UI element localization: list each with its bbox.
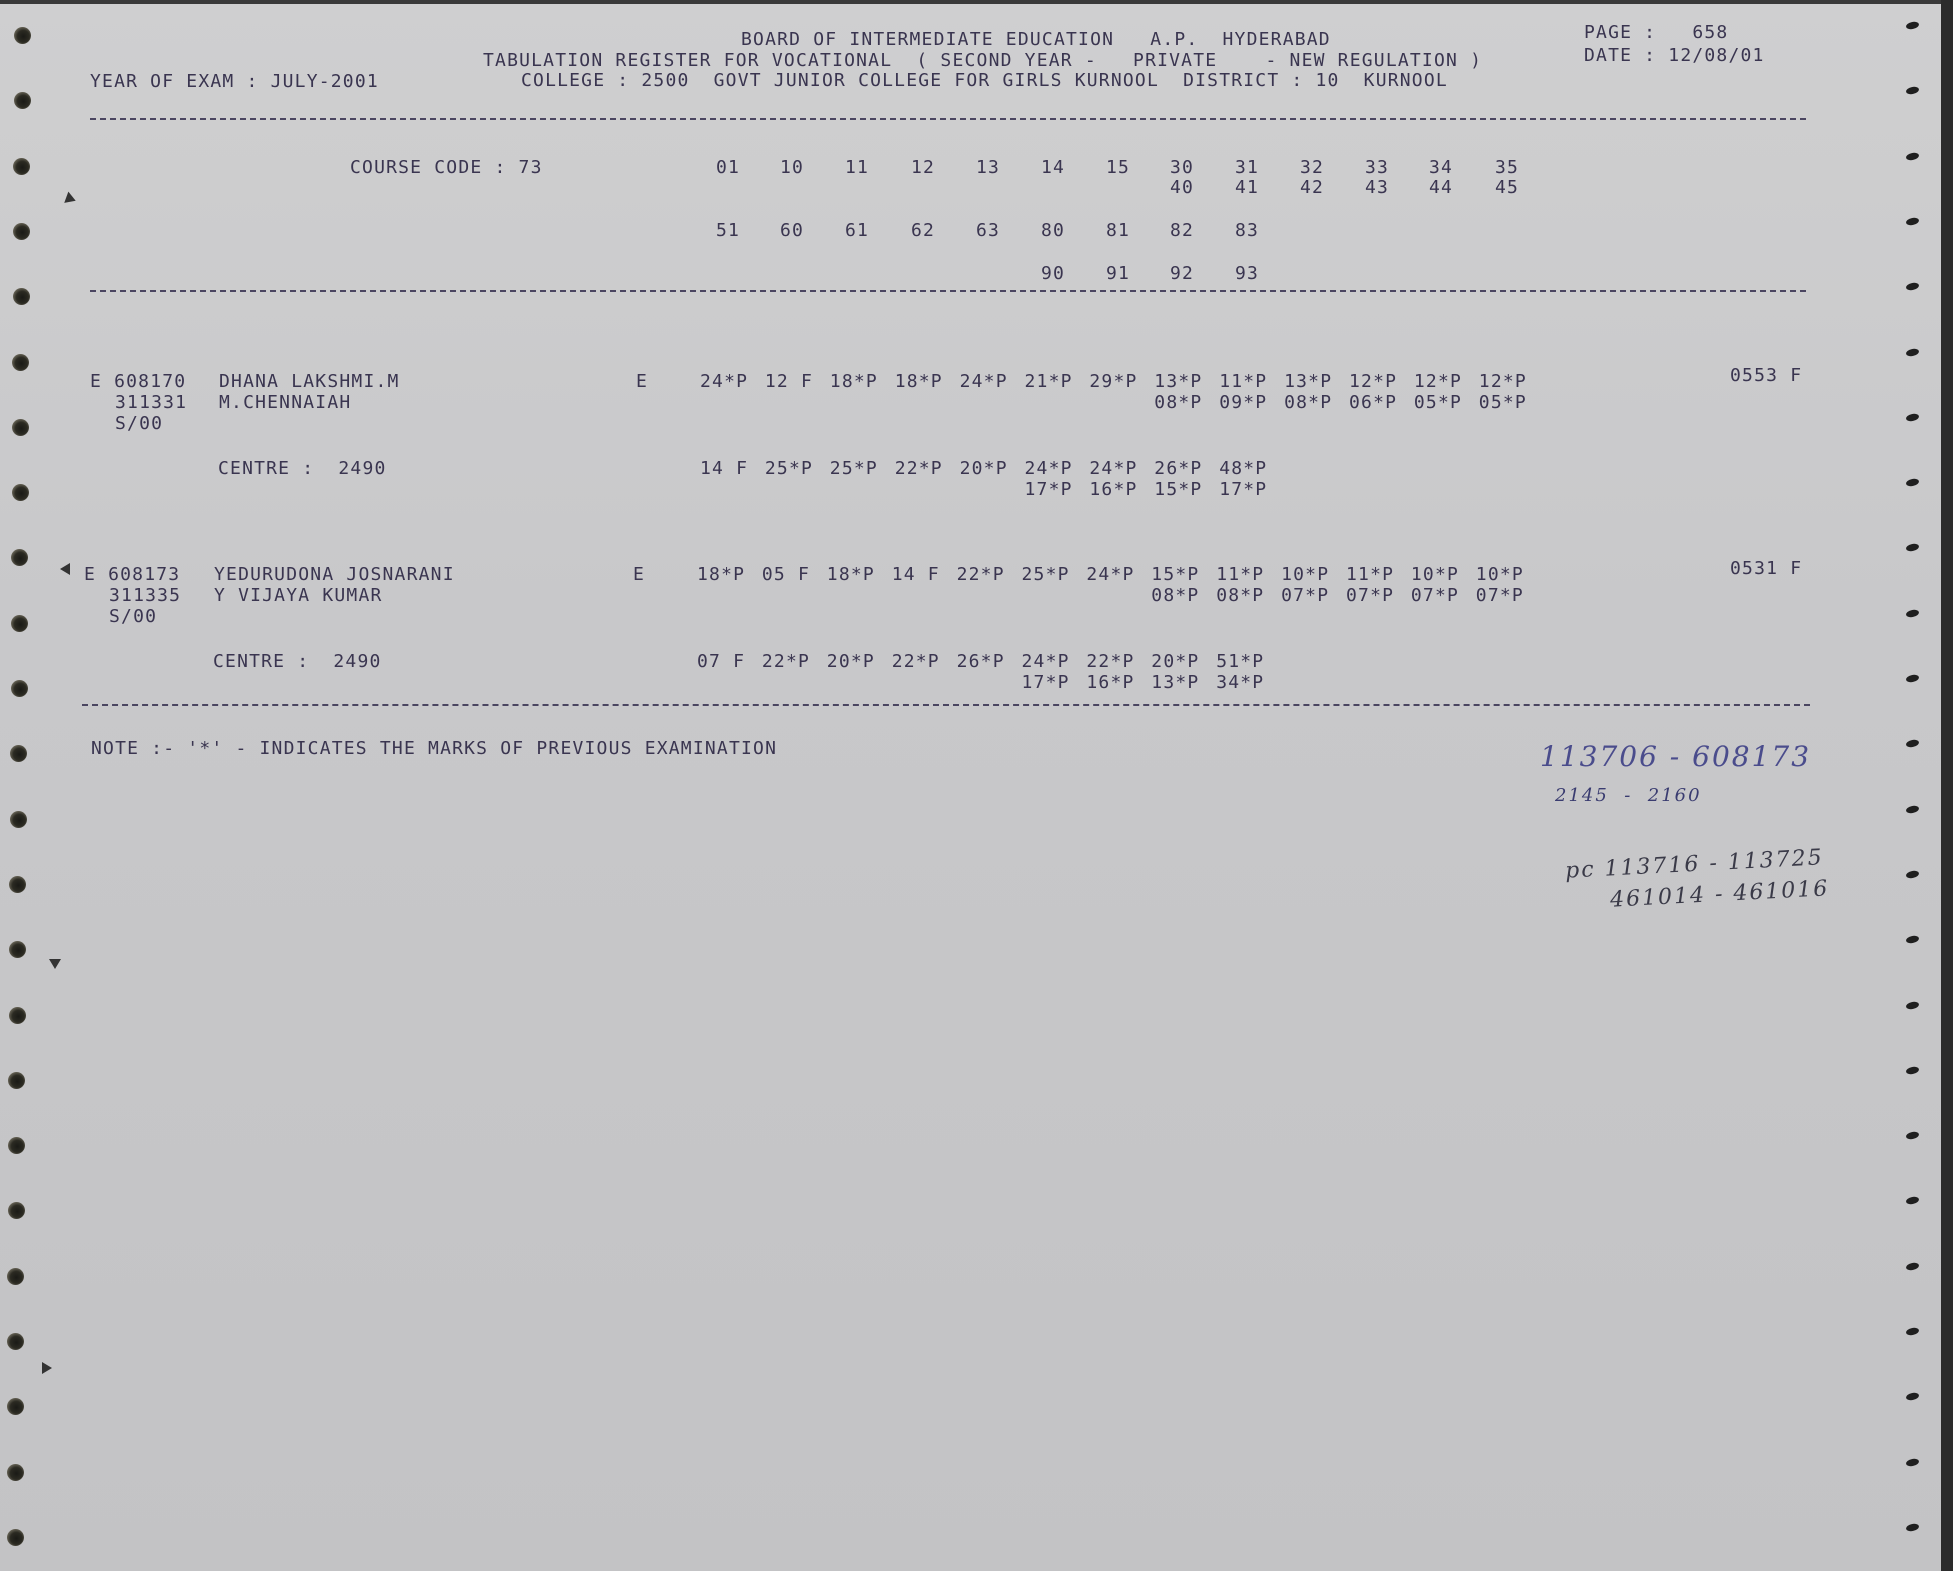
mark-cell: 22*P	[895, 459, 943, 479]
sprocket-hole-icon	[1905, 543, 1919, 553]
handwritten-range-4: 461014 - 461016	[1609, 876, 1829, 912]
student-name: DHANA LAKSHMI.M	[219, 372, 400, 392]
sprocket-hole-icon	[13, 288, 30, 305]
total-result: 0553 F	[1730, 366, 1802, 386]
mark-cell: 05*P	[1414, 393, 1462, 413]
sprocket-hole-icon	[11, 615, 28, 632]
mark-cell: 48*P	[1219, 459, 1267, 479]
divider	[82, 704, 1810, 706]
sprocket-hole-icon	[1905, 1000, 1919, 1010]
sprocket-hole-icon	[13, 223, 30, 240]
mark-cell: 22*P	[957, 565, 1005, 585]
mark-cell: 09*P	[1219, 393, 1267, 413]
sprocket-hole-icon	[1905, 1261, 1919, 1271]
mark-cell: 15*P	[1154, 480, 1202, 500]
mark-cell: 13*P	[1284, 372, 1332, 392]
subject-code: 43	[1365, 178, 1389, 198]
subject-code: 10	[780, 158, 804, 178]
subject-code: 30	[1170, 158, 1194, 178]
mark-cell: 20*P	[827, 652, 875, 672]
subject-code: 45	[1495, 178, 1519, 198]
mark-cell: 22*P	[1086, 652, 1134, 672]
subject-code: 15	[1106, 158, 1130, 178]
mark-cell: 11*P	[1216, 565, 1264, 585]
sprocket-hole-icon	[1905, 347, 1919, 357]
mark-cell: 24*P	[1022, 652, 1070, 672]
sprocket-hole-icon	[11, 680, 28, 697]
centre: CENTRE : 2490	[218, 459, 387, 479]
sprocket-hole-icon	[10, 745, 27, 762]
subject-code: 61	[845, 221, 869, 241]
mark-cell: 26*P	[957, 652, 1005, 672]
mark-cell: 34*P	[1216, 673, 1264, 693]
relation-code: S/00	[115, 414, 163, 434]
sprocket-hole-icon	[7, 1398, 24, 1415]
mark-cell: 14 F	[892, 565, 940, 585]
mark-cell: 11*P	[1219, 372, 1267, 392]
mark-cell: 20*P	[960, 459, 1008, 479]
centre: CENTRE : 2490	[213, 652, 382, 672]
subject-code: 80	[1041, 221, 1065, 241]
sprocket-hole-icon	[9, 1007, 26, 1024]
subject-code: 34	[1429, 158, 1453, 178]
mark-cell: 16*P	[1089, 480, 1137, 500]
mark-cell: 24*P	[960, 372, 1008, 392]
mark-cell: 18*P	[827, 565, 875, 585]
mark-cell: 07*P	[1346, 586, 1394, 606]
mark-cell: 05*P	[1479, 393, 1527, 413]
total-result: 0531 F	[1730, 559, 1802, 579]
sprocket-hole-icon	[12, 419, 29, 436]
sprocket-hole-icon	[1905, 1457, 1919, 1467]
sprocket-hole-icon	[1905, 217, 1919, 227]
sprocket-hole-icon	[9, 876, 26, 893]
mark-cell: 12 F	[765, 372, 813, 392]
sprocket-hole-icon	[10, 811, 27, 828]
year-of-exam: YEAR OF EXAM : JULY-2001	[90, 72, 379, 92]
subject-code: 01	[716, 158, 740, 178]
subject-code: 90	[1041, 264, 1065, 284]
sprocket-hole-icon	[1905, 478, 1919, 488]
sprocket-hole-icon	[1905, 86, 1919, 96]
subject-code: 31	[1235, 158, 1259, 178]
mark-cell: 14 F	[700, 459, 748, 479]
divider	[90, 290, 1806, 292]
sprocket-hole-icon	[8, 1072, 25, 1089]
hall-ticket: E 608173	[84, 565, 180, 585]
registration-number: 311335	[109, 586, 181, 606]
mark-cell: 13*P	[1154, 372, 1202, 392]
subject-code: 83	[1235, 221, 1259, 241]
mark-cell: 12*P	[1479, 372, 1527, 392]
subject-code: 81	[1106, 221, 1130, 241]
mark-cell: 51*P	[1216, 652, 1264, 672]
mark-cell: 07*P	[1411, 586, 1459, 606]
paper-right-edge	[1941, 0, 1953, 1571]
mark-cell: 16*P	[1086, 673, 1134, 693]
sprocket-hole-icon	[12, 354, 29, 371]
subject-code: 92	[1170, 264, 1194, 284]
mark-cell: 21*P	[1025, 372, 1073, 392]
margin-mark-icon	[60, 563, 70, 575]
mark-cell: 18*P	[830, 372, 878, 392]
subject-code: 12	[911, 158, 935, 178]
college-info: COLLEGE : 2500 GOVT JUNIOR COLLEGE FOR G…	[521, 71, 1448, 91]
mark-cell: 10*P	[1476, 565, 1524, 585]
subject-code: 51	[716, 221, 740, 241]
sprocket-hole-icon	[7, 1464, 24, 1481]
subject-code: 35	[1495, 158, 1519, 178]
sprocket-hole-icon	[1905, 804, 1919, 814]
subject-code: 14	[1041, 158, 1065, 178]
mark-cell: 07 F	[697, 652, 745, 672]
footnote: NOTE :- '*' - INDICATES THE MARKS OF PRE…	[91, 739, 777, 759]
sprocket-hole-icon	[1905, 1066, 1919, 1076]
sprocket-hole-icon	[7, 1529, 24, 1546]
mark-cell: 17*P	[1219, 480, 1267, 500]
mark-cell: 05 F	[762, 565, 810, 585]
sprocket-hole-icon	[7, 1268, 24, 1285]
mark-cell: 22*P	[892, 652, 940, 672]
sprocket-hole-icon	[12, 484, 29, 501]
hall-ticket: E 608170	[90, 372, 186, 392]
sprocket-hole-icon	[1905, 413, 1919, 423]
sprocket-hole-icon	[1905, 1327, 1919, 1337]
register-title: TABULATION REGISTER FOR VOCATIONAL ( SEC…	[483, 51, 1482, 71]
mark-cell: 11*P	[1346, 565, 1394, 585]
father-name: Y VIJAYA KUMAR	[214, 586, 383, 606]
subject-code: 82	[1170, 221, 1194, 241]
mark-cell: 12*P	[1414, 372, 1462, 392]
mark-cell: 17*P	[1025, 480, 1073, 500]
mark-cell: 07*P	[1476, 586, 1524, 606]
course-code: COURSE CODE : 73	[350, 158, 543, 178]
father-name: M.CHENNAIAH	[219, 393, 351, 413]
sprocket-hole-icon	[8, 1137, 25, 1154]
mark-cell: 22*P	[762, 652, 810, 672]
mark-cell: 29*P	[1089, 372, 1137, 392]
sprocket-hole-icon	[1905, 608, 1919, 618]
mark-cell: 08*P	[1216, 586, 1264, 606]
handwritten-range-1: 113706 - 608173	[1540, 740, 1811, 773]
subject-code: 11	[845, 158, 869, 178]
mark-cell: 18*P	[697, 565, 745, 585]
subject-code: 41	[1235, 178, 1259, 198]
mark-cell: 24*P	[1089, 459, 1137, 479]
sprocket-hole-icon	[1905, 151, 1919, 161]
subject-code: 63	[976, 221, 1000, 241]
mark-cell: 26*P	[1154, 459, 1202, 479]
mark-cell: 25*P	[765, 459, 813, 479]
sprocket-hole-icon	[1905, 1523, 1919, 1533]
mark-cell: 13*P	[1151, 673, 1199, 693]
divider	[90, 118, 1806, 120]
sprocket-hole-icon	[9, 941, 26, 958]
page-number: PAGE : 658	[1584, 23, 1728, 43]
subject-code: 60	[780, 221, 804, 241]
subject-code: 33	[1365, 158, 1389, 178]
subject-code: 32	[1300, 158, 1324, 178]
paper-top-edge	[0, 0, 1953, 4]
sprocket-hole-icon	[1905, 1392, 1919, 1402]
mark-cell: 08*P	[1151, 586, 1199, 606]
sprocket-hole-icon	[1905, 935, 1919, 945]
sprocket-hole-icon	[11, 549, 28, 566]
mark-cell: 12*P	[1349, 372, 1397, 392]
sprocket-hole-icon	[1905, 870, 1919, 880]
sprocket-hole-icon	[1905, 21, 1919, 31]
medium: E	[636, 372, 648, 392]
mark-cell: 24*P	[1025, 459, 1073, 479]
subject-code: 42	[1300, 178, 1324, 198]
sprocket-hole-icon	[14, 92, 31, 109]
mark-cell: 08*P	[1284, 393, 1332, 413]
mark-cell: 25*P	[830, 459, 878, 479]
mark-cell: 10*P	[1411, 565, 1459, 585]
subject-code: 40	[1170, 178, 1194, 198]
subject-code: 62	[911, 221, 935, 241]
subject-code: 91	[1106, 264, 1130, 284]
registration-number: 311331	[115, 393, 187, 413]
mark-cell: 07*P	[1281, 586, 1329, 606]
sprocket-hole-icon	[7, 1333, 24, 1350]
sprocket-hole-icon	[1905, 739, 1919, 749]
subject-code: 13	[976, 158, 1000, 178]
sprocket-hole-icon	[8, 1202, 25, 1219]
relation-code: S/00	[109, 607, 157, 627]
medium: E	[633, 565, 645, 585]
mark-cell: 15*P	[1151, 565, 1199, 585]
board-title: BOARD OF INTERMEDIATE EDUCATION A.P. HYD…	[741, 30, 1331, 50]
mark-cell: 24*P	[700, 372, 748, 392]
mark-cell: 08*P	[1154, 393, 1202, 413]
mark-cell: 18*P	[895, 372, 943, 392]
sprocket-hole-icon	[1905, 674, 1919, 684]
mark-cell: 10*P	[1281, 565, 1329, 585]
subject-code: 44	[1429, 178, 1453, 198]
mark-cell: 20*P	[1151, 652, 1199, 672]
print-date: DATE : 12/08/01	[1584, 46, 1765, 66]
sprocket-hole-icon	[1905, 1196, 1919, 1206]
mark-cell: 25*P	[1022, 565, 1070, 585]
handwritten-range-2: 2145 - 2160	[1555, 785, 1702, 806]
margin-mark-icon	[42, 1362, 52, 1374]
sprocket-hole-icon	[1905, 282, 1919, 292]
margin-mark-icon	[64, 192, 78, 207]
sprocket-hole-icon	[1905, 1131, 1919, 1141]
subject-code: 93	[1235, 264, 1259, 284]
student-name: YEDURUDONA JOSNARANI	[214, 565, 455, 585]
margin-mark-icon	[49, 959, 61, 969]
sprocket-hole-icon	[13, 158, 30, 175]
mark-cell: 06*P	[1349, 393, 1397, 413]
mark-cell: 17*P	[1022, 673, 1070, 693]
mark-cell: 24*P	[1086, 565, 1134, 585]
sprocket-hole-icon	[14, 27, 31, 44]
